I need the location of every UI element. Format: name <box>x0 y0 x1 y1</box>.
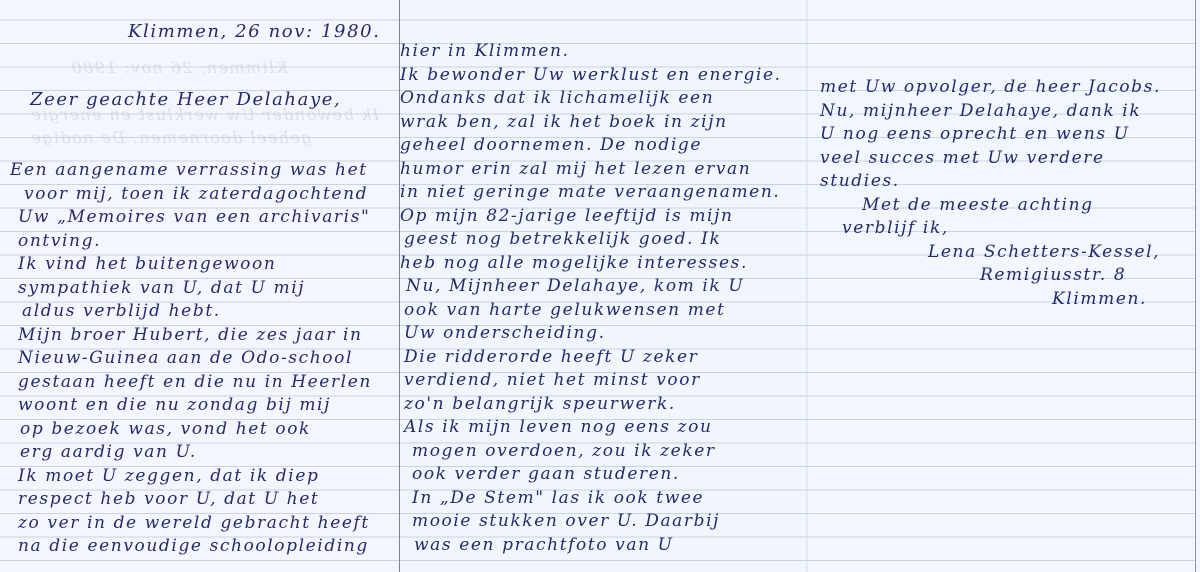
page-1-body: Een aangename verrassing was het voor mi… <box>10 159 372 559</box>
page-2-body: hier in Klimmen. Ik bewonder Uw werklust… <box>400 40 782 557</box>
text-line: heb nog alle mogelijke interesses. <box>400 252 782 276</box>
text-line: wrak ben, zal ik het boek in zijn <box>400 111 782 135</box>
text-line: na die eenvoudige schoolopleiding <box>10 535 372 559</box>
text-line: Een aangename verrassing was het <box>10 159 372 183</box>
text-line: humor erin zal mij het lezen ervan <box>400 158 782 182</box>
text-line: Die ridderorde heeft U zeker <box>400 346 782 370</box>
closing-line: verblijf ik, <box>820 217 1161 241</box>
text-line: mogen overdoen, zou ik zeker <box>400 440 782 464</box>
text-line: Nieuw-Guinea aan de Odo-school <box>10 347 372 371</box>
text-line: Uw „Memoires van een archivaris" <box>10 206 372 230</box>
text-line: op bezoek was, vond het ook <box>10 418 372 442</box>
text-line: gestaan heeft en die nu in Heerlen <box>10 371 372 395</box>
text-line: woont en die nu zondag bij mij <box>10 394 372 418</box>
text-line: ook verder gaan studeren. <box>400 463 782 487</box>
salutation: Zeer geachte Heer Delahaye, <box>30 88 341 112</box>
letter-page-1: Klimmen, 26 nov: 1980 Ik bewonder Uw wer… <box>0 0 399 572</box>
text-line: Mijn broer Hubert, die zes jaar in <box>10 324 372 348</box>
text-line: Op mijn 82-jarige leeftijd is mijn <box>400 205 782 229</box>
signature: Lena Schetters-Kessel, <box>820 241 1161 265</box>
bleed-through-text: Klimmen, 26 nov: 1980 <box>70 58 288 77</box>
address-street: Remigiusstr. 8 <box>820 264 1161 288</box>
text-line: In „De Stem" las ik ook twee <box>400 487 782 511</box>
text-line: met Uw opvolger, de heer Jacobs. <box>820 76 1161 100</box>
text-line: was een prachtfoto van U <box>400 534 782 558</box>
address-town: Klimmen. <box>820 288 1161 312</box>
text-line: studies. <box>820 170 1161 194</box>
text-line: U nog eens oprecht en wens U <box>820 123 1161 147</box>
text-line: sympathiek van U, dat U mij <box>10 277 372 301</box>
text-line: voor mij, toen ik zaterdagochtend <box>10 183 372 207</box>
text-line: geest nog betrekkelijk goed. Ik <box>400 228 782 252</box>
text-line: zo'n belangrijk speurwerk. <box>400 393 782 417</box>
text-line: in niet geringe mate veraangenamen. <box>400 181 782 205</box>
text-line: Ondanks dat ik lichamelijk een <box>400 87 782 111</box>
text-line: respect heb voor U, dat U het <box>10 488 372 512</box>
text-line: Ik vind het buitengewoon <box>10 253 372 277</box>
text-line: mooie stukken over U. Daarbij <box>400 510 782 534</box>
text-line: verdiend, niet het minst voor <box>400 369 782 393</box>
text-line: Uw onderscheiding. <box>400 322 782 346</box>
closing-line: Met de meeste achting <box>820 194 1161 218</box>
letter-scan: Klimmen, 26 nov: 1980 Ik bewonder Uw wer… <box>0 0 1200 572</box>
text-line: Ik moet U zeggen, dat ik diep <box>10 465 372 489</box>
text-line: ontving. <box>10 230 372 254</box>
letter-page-2: hier in Klimmen. Ik bewonder Uw werklust… <box>400 0 808 572</box>
text-line: Als ik mijn leven nog eens zou <box>400 416 782 440</box>
page-3-body: met Uw opvolger, de heer Jacobs. Nu, mij… <box>820 76 1161 311</box>
letter-page-3: met Uw opvolger, de heer Jacobs. Nu, mij… <box>808 0 1195 572</box>
text-line: erg aardig van U. <box>10 441 372 465</box>
text-line: Nu, mijnheer Delahaye, dank ik <box>820 100 1161 124</box>
text-line: geheel doornemen. De nodige <box>400 134 782 158</box>
text-line: aldus verblijd hebt. <box>10 300 372 324</box>
page-right-edge <box>1195 0 1196 572</box>
dateline: Klimmen, 26 nov: 1980. <box>128 20 381 44</box>
text-line: Ik bewonder Uw werklust en energie. <box>400 64 782 88</box>
text-line: Nu, Mijnheer Delahaye, kom ik U <box>400 275 782 299</box>
text-line: ook van harte gelukwensen met <box>400 299 782 323</box>
text-line: zo ver in de wereld gebracht heeft <box>10 512 372 536</box>
bleed-through-text: geheel doornemen. De nodige <box>30 128 311 147</box>
text-line: hier in Klimmen. <box>400 40 782 64</box>
text-line: veel succes met Uw verdere <box>820 147 1161 171</box>
